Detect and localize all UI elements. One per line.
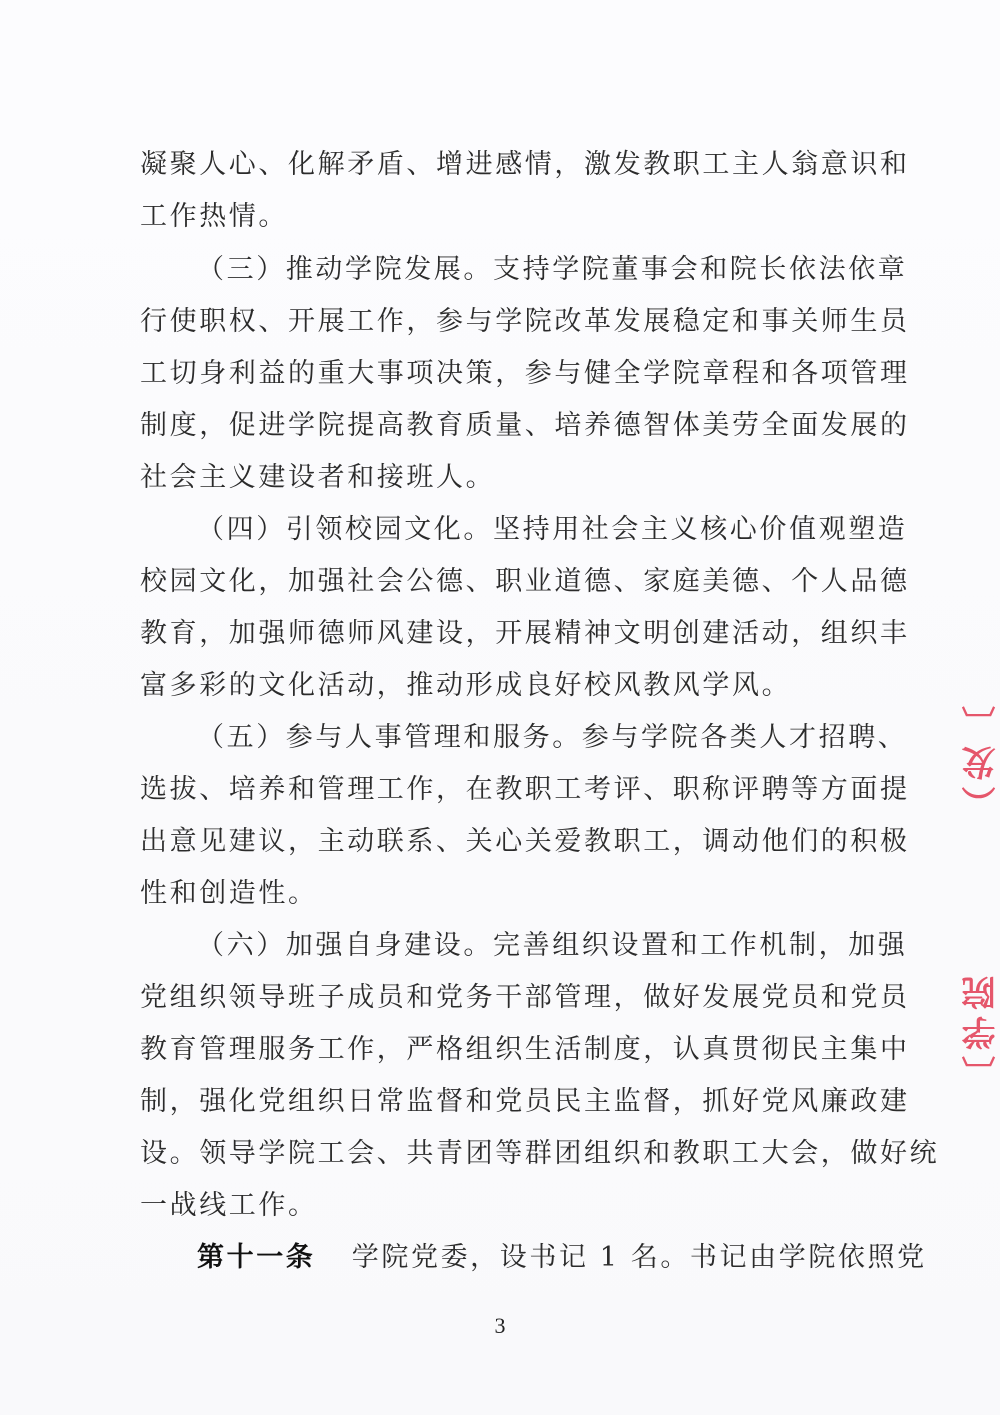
red-seal-stamp-top: （发〔 [957, 700, 1000, 820]
text-line: 富多彩的文化活动，推动形成良好校风教风学风。 [140, 668, 860, 704]
text-line: 工切身利益的重大事项决策，参与健全学院章程和各项管理 [140, 356, 860, 392]
text-line: 性和创造性。 [140, 876, 860, 912]
red-seal-stamp-bottom: 〔学院 [957, 970, 1000, 1090]
text-line: 校园文化，加强社会公德、职业道德、家庭美德、个人品德 [140, 564, 860, 600]
text-line: 一战线工作。 [140, 1188, 860, 1224]
text-line: 行使职权、开展工作，参与学院改革发展稳定和事关师生员 [140, 304, 860, 340]
text-line: 教育管理服务工作，严格组织生活制度，认真贯彻民主集中 [140, 1032, 860, 1068]
text-line: 出意见建议，主动联系、关心关爱教职工，调动他们的积极 [140, 824, 860, 860]
text-line: 制度，促进学院提高教育质量、培养德智体美劳全面发展的 [140, 408, 860, 444]
text-line: 工作热情。 [140, 199, 860, 235]
article-11-text: 学院党委，设书记 1 名。书记由学院依照党 [352, 1242, 927, 1273]
article-11-heading: 第十一条 [197, 1242, 315, 1273]
text-line: 设。领导学院工会、共青团等群团组织和教职工大会，做好统 [140, 1136, 860, 1172]
article-11: 第十一条 学院党委，设书记 1 名。书记由学院依照党 [197, 1240, 860, 1276]
section-heading-5: （五）参与人事管理和服务。参与学院各类人才招聘、 [197, 720, 860, 756]
text-line: 教育，加强师德师风建设，开展精神文明创建活动，组织丰 [140, 616, 860, 652]
page-number: 3 [0, 1313, 1000, 1339]
section-heading-4: （四）引领校园文化。坚持用社会主义核心价值观塑造 [197, 512, 860, 548]
text-line: 党组织领导班子成员和党务干部管理，做好发展党员和党员 [140, 980, 860, 1016]
text-line: 制，强化党组织日常监督和党员民主监督，抓好党风廉政建 [140, 1084, 860, 1120]
section-heading-6: （六）加强自身建设。完善组织设置和工作机制，加强 [197, 928, 860, 964]
text-line: 凝聚人心、化解矛盾、增进感情，激发教职工主人翁意识和 [140, 147, 860, 183]
document-page: 凝聚人心、化解矛盾、增进感情，激发教职工主人翁意识和 工作热情。 （三）推动学院… [0, 0, 1000, 1415]
text-line: 社会主义建设者和接班人。 [140, 460, 860, 496]
section-heading-3: （三）推动学院发展。支持学院董事会和院长依法依章 [197, 252, 860, 288]
text-line: 选拔、培养和管理工作，在教职工考评、职称评聘等方面提 [140, 772, 860, 808]
